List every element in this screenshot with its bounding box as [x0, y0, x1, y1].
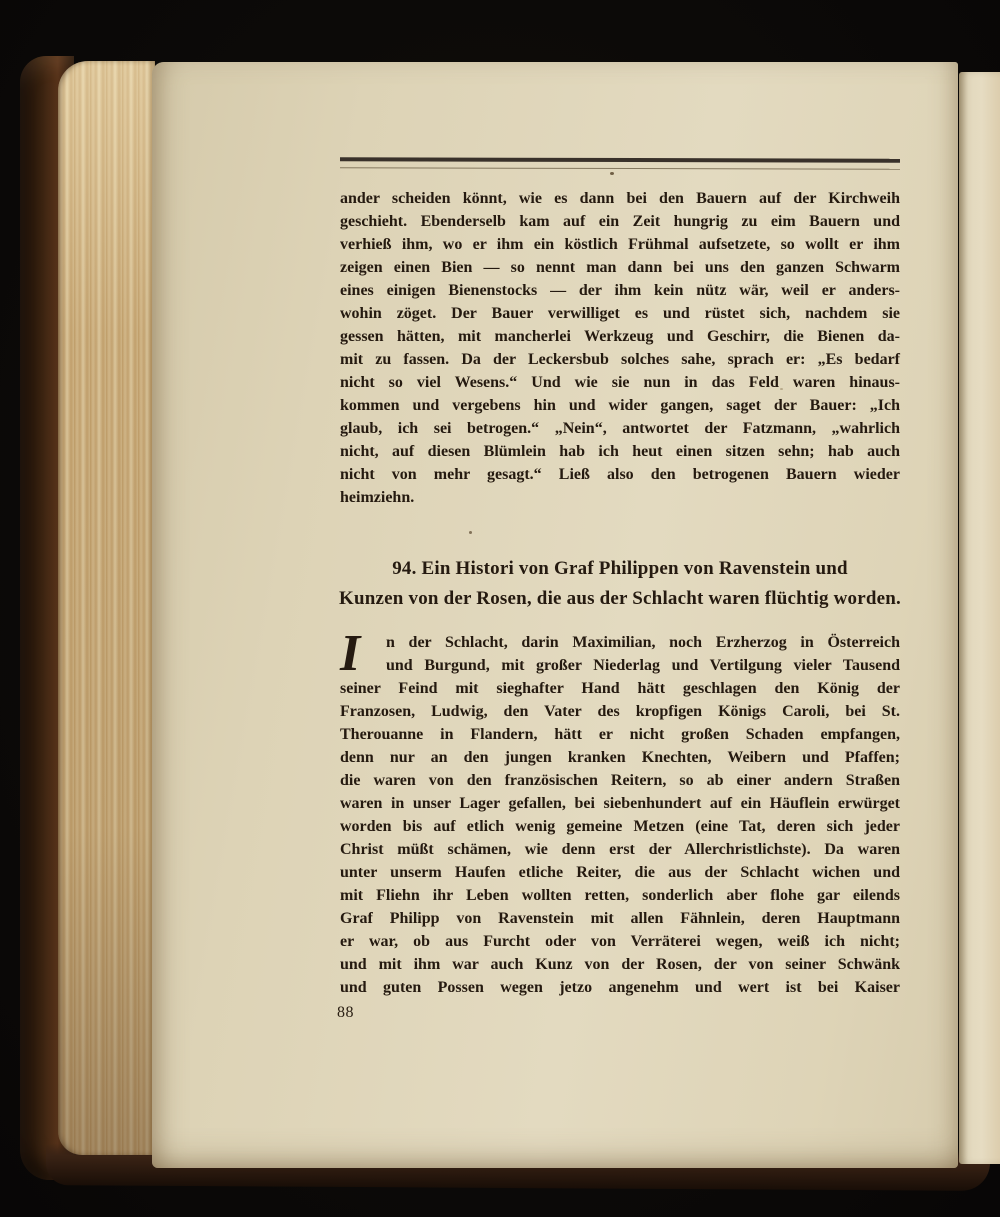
- text-line: nicht so viel Wesens.“ Und wie sie nun i…: [340, 371, 900, 394]
- text-line: ander scheiden könnt, wie es dann bei de…: [340, 187, 900, 210]
- text-line: denn nur an den jungen kranken Knechten,…: [340, 746, 900, 769]
- page-number: 88: [337, 1004, 354, 1022]
- text-line: heimziehn.: [340, 486, 900, 509]
- text-line: Franzosen, Ludwig, den Vater des kropfig…: [340, 700, 900, 723]
- text-line: geschieht. Ebenderselb kam auf ein Zeit …: [340, 210, 900, 233]
- text-line: worden bis auf etlich wenig gemeine Metz…: [340, 815, 900, 838]
- text-line: wohin zöget. Der Bauer verwilliget es un…: [340, 302, 900, 325]
- text-line: Christ müßt schämen, wie denn erst der A…: [340, 838, 900, 861]
- paper-speck: [469, 531, 472, 534]
- text-line: zeigen einen Bien — so nennt man dann be…: [340, 256, 900, 279]
- text-line: nicht von mehr gesagt.“ Ließ also den be…: [340, 463, 900, 486]
- text-line: verhieß ihm, wo er ihm ein köstlich Früh…: [340, 233, 900, 256]
- text-line: seiner Feind mit sieghafter Hand hätt ge…: [340, 677, 900, 700]
- text-line: Graf Philipp von Ravenstein mit allen Fä…: [340, 907, 900, 930]
- text-line: mit zu fassen. Da der Leckersbub solches…: [340, 348, 900, 371]
- text-line: und Burgund, mit großer Niederlag und Ve…: [340, 654, 900, 677]
- text-line: nicht, auf diesen Blümlein hab ich heut …: [340, 440, 900, 463]
- text-line: und mit ihm war auch Kunz von der Rosen,…: [340, 953, 900, 976]
- page-stack-fore-edge: [58, 61, 155, 1155]
- paper-speck: [610, 172, 614, 175]
- text-line: eines einigen Bienenstocks — der ihm kei…: [340, 279, 900, 302]
- paragraph-continuation: ander scheiden könnt, wie es dann bei de…: [340, 187, 900, 509]
- text-line: gessen hätten, mit mancherlei Werkzeug u…: [340, 325, 900, 348]
- adjacent-page-edge: [959, 72, 1000, 1164]
- text-line: mit Fliehn ihr Leben wollten retten, son…: [340, 884, 900, 907]
- text-line: unter unserm Haufen etliche Reiter, die …: [340, 861, 900, 884]
- text-line: glaub, ich sei betrogen.“ „Nein“, antwor…: [340, 417, 900, 440]
- text-line: n der Schlacht, darin Maximilian, noch E…: [340, 631, 900, 654]
- text-line: und guten Possen wegen jetzo angenehm un…: [340, 976, 900, 999]
- text-line: Therouanne in Flandern, hätt er nicht gr…: [340, 723, 900, 746]
- book-photograph: ander scheiden könnt, wie es dann bei de…: [0, 0, 1000, 1217]
- text-line: 94. Ein Histori von Graf Philippen von R…: [302, 554, 938, 584]
- text-line: kommen und vergebens hin und wider gange…: [340, 394, 900, 417]
- header-rule: [340, 157, 900, 169]
- text-line: er war, ob aus Furcht oder von Verrätere…: [340, 930, 900, 953]
- text-line: Kunzen von der Rosen, die aus der Schlac…: [302, 584, 938, 614]
- paragraph-story: I n der Schlacht, darin Maximilian, noch…: [340, 631, 900, 999]
- text-line: waren in unser Lager gefallen, bei siebe…: [340, 792, 900, 815]
- chapter-heading: 94. Ein Histori von Graf Philippen von R…: [302, 554, 938, 614]
- text-line: die waren von den französischen Reitern,…: [340, 769, 900, 792]
- drop-cap-initial: I: [340, 631, 386, 677]
- book-page: ander scheiden könnt, wie es dann bei de…: [152, 62, 958, 1168]
